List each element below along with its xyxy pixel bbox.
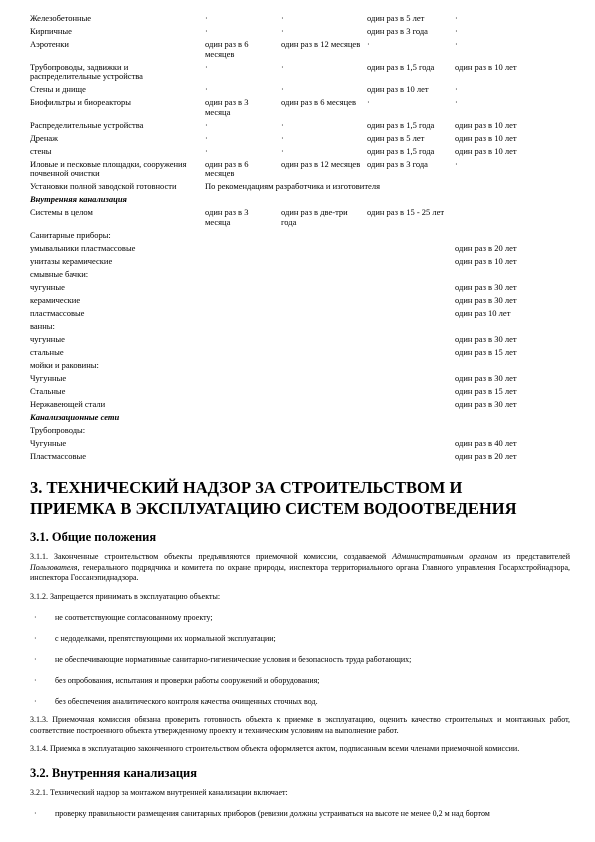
table-cell-item-name: стены [30, 147, 205, 157]
table-cell [205, 387, 281, 397]
table-row: умывальники пластмассовые один раз в 20 … [30, 244, 570, 254]
table-cell: · [281, 63, 367, 82]
list-item: ·проверку правильности размещения санита… [30, 809, 570, 819]
list-item-text: без обеспечения аналитического контроля … [55, 697, 318, 706]
table-cell [281, 296, 367, 306]
table-cell-item-name: Чугунные [30, 439, 205, 449]
table-row: пластмассовые один раз 10 лет [30, 309, 570, 319]
table-cell-item-name: умывальники пластмассовые [30, 244, 205, 254]
table-cell [367, 244, 455, 254]
table-cell [281, 361, 367, 371]
table-cell-item-name: Распределительные устройства [30, 121, 205, 131]
table-cell-item-name: Дренаж [30, 134, 205, 144]
table-cell [281, 309, 367, 319]
table-cell-item-name: Железобетонные [30, 14, 205, 24]
table-cell [455, 361, 570, 371]
table-cell: · [205, 134, 281, 144]
list-item: ·не соответствующие согласованному проек… [30, 613, 570, 623]
table-cell [281, 439, 367, 449]
table-cell: один раз в 30 лет [455, 400, 570, 410]
table-row: стены · · один раз в 1,5 года один раз в… [30, 147, 570, 157]
table-cell [455, 426, 570, 436]
table-row: Установки полной заводской готовности По… [30, 182, 570, 192]
table-cell [205, 426, 281, 436]
table-cell [367, 387, 455, 397]
table-cell-item-name: Стены и днище [30, 85, 205, 95]
table-cell [281, 257, 367, 267]
table-cell [367, 413, 455, 423]
table-cell: · [281, 14, 367, 24]
table-cell [367, 257, 455, 267]
list-item: ·без обеспечения аналитического контроля… [30, 697, 570, 707]
table-cell [205, 231, 281, 241]
table-cell: один раз в 5 лет [367, 134, 455, 144]
paragraph-3-1-1-text: , генерального подрядчика и комитета по … [30, 563, 570, 583]
table-cell [281, 270, 367, 280]
table-row: Кирпичные · · один раз в 3 года · [30, 27, 570, 37]
table-cell: один раз в 3 года [367, 160, 455, 179]
section-3-1-heading: 3.1. Общие положения [30, 531, 570, 544]
table-cell: · [455, 14, 570, 24]
table-cell: · [281, 147, 367, 157]
table-cell-item-name: смывные бачки: [30, 270, 205, 280]
list-item-text: без опробования, испытания и проверки ра… [55, 676, 320, 685]
table-cell: один раз в 3 месяца [205, 208, 281, 227]
table-cell: · [281, 27, 367, 37]
document-page: Железобетонные · · один раз в 5 лет · Ки… [0, 0, 595, 842]
paragraph-3-1-1-text: 3.1.1. Законченные строительством объект… [30, 552, 392, 561]
table-cell: · [281, 85, 367, 95]
table-cell [367, 309, 455, 319]
table-cell-item-name: Трубопроводы: [30, 426, 205, 436]
section-3-heading: 3. ТЕХНИЧЕСКИЙ НАДЗОР ЗА СТРОИТЕЛЬСТВОМ … [30, 477, 570, 519]
table-cell: один раз в 15 - 25 лет [367, 208, 455, 227]
table-row: Дренаж · · один раз в 5 лет один раз в 1… [30, 134, 570, 144]
table-cell-item-name: Трубопроводы, задвижки и распределительн… [30, 63, 205, 82]
table-cell-item-name: Санитарные приборы: [30, 231, 205, 241]
table-cell-item-name: Внутренняя канализация [30, 195, 205, 205]
table-cell [455, 322, 570, 332]
table-row: Трубопроводы: [30, 426, 570, 436]
table-cell [281, 400, 367, 410]
bullet-icon: · [34, 676, 37, 686]
table-cell-item-name: чугунные [30, 335, 205, 345]
table-cell: · [455, 160, 570, 179]
table-cell: один раз в 1,5 года [367, 147, 455, 157]
paragraph-3-1-1: 3.1.1. Законченные строительством объект… [30, 552, 570, 584]
table-row: смывные бачки: [30, 270, 570, 280]
bullet-icon: · [34, 613, 37, 623]
table-cell: один раз в 6 месяцев [281, 98, 367, 117]
list-item-text: проверку правильности размещения санитар… [55, 809, 490, 818]
table-cell: один раз в 1,5 года [367, 121, 455, 131]
table-cell [281, 244, 367, 254]
table-row: Санитарные приборы: [30, 231, 570, 241]
list-item: ·с недоделками, препятствующими их норма… [30, 634, 570, 644]
table-cell [367, 426, 455, 436]
table-cell: один раз в 20 лет [455, 452, 570, 462]
table-cell: · [455, 98, 570, 117]
table-row: Системы в целом один раз в 3 месяца один… [30, 208, 570, 227]
table-cell: · [205, 121, 281, 131]
table-cell: один раз в 3 года [367, 27, 455, 37]
paragraph-3-1-1-italic-term: Пользователя [30, 563, 77, 572]
table-cell: · [455, 27, 570, 37]
table-row: Нержавеющей стали один раз в 30 лет [30, 400, 570, 410]
table-cell: · [205, 27, 281, 37]
table-cell: один раз в 3 месяца [205, 98, 281, 117]
table-row: унитазы керамические один раз в 10 лет [30, 257, 570, 267]
table-cell [205, 452, 281, 462]
table-cell: один раз в 10 лет [367, 85, 455, 95]
table-cell: один раз в 6 месяцев [205, 40, 281, 59]
table-cell-item-name: Нержавеющей стали [30, 400, 205, 410]
table-cell [205, 374, 281, 384]
table-cell-item-name: пластмассовые [30, 309, 205, 319]
list-item-text: не обеспечивающие нормативные санитарно-… [55, 655, 411, 664]
table-cell: один раз в 1,5 года [367, 63, 455, 82]
table-cell [455, 270, 570, 280]
table-cell: один раз в 10 лет [455, 134, 570, 144]
table-cell: один раз в 12 месяцев [281, 40, 367, 59]
bullet-icon: · [34, 697, 37, 707]
table-row: мойки и раковины: [30, 361, 570, 371]
table-cell [367, 195, 455, 205]
table-row: Иловые и песковые площадки, сооружения п… [30, 160, 570, 179]
table-cell: · [205, 147, 281, 157]
table-row: чугунные один раз в 30 лет [30, 283, 570, 293]
table-cell-item-name: стальные [30, 348, 205, 358]
bullet-icon: · [34, 809, 37, 819]
table-cell: · [367, 40, 455, 59]
table-cell [367, 296, 455, 306]
table-cell [205, 309, 281, 319]
table-cell [367, 270, 455, 280]
table-cell [205, 361, 281, 371]
paragraph-3-2-1: 3.2.1. Технический надзор за монтажом вн… [30, 788, 570, 799]
table-cell [367, 231, 455, 241]
maintenance-intervals-table: Железобетонные · · один раз в 5 лет · Ки… [30, 14, 570, 461]
table-cell [205, 400, 281, 410]
table-cell [367, 400, 455, 410]
table-cell [367, 283, 455, 293]
table-cell-item-name: Иловые и песковые площадки, сооружения п… [30, 160, 205, 179]
table-row: Чугунные один раз в 40 лет [30, 439, 570, 449]
table-cell [205, 296, 281, 306]
table-row: чугунные один раз в 30 лет [30, 335, 570, 345]
section-3-heading-line2: ПРИЕМКА В ЭКСПЛУАТАЦИЮ СИСТЕМ ВОДООТВЕДЕ… [30, 499, 517, 518]
table-cell [281, 374, 367, 384]
table-cell [281, 348, 367, 358]
table-cell: один раз в 20 лет [455, 244, 570, 254]
table-cell-item-name: чугунные [30, 283, 205, 293]
list-item-text: с недоделками, препятствующими их нормал… [55, 634, 276, 643]
table-cell-item-name: Установки полной заводской готовности [30, 182, 205, 192]
section-3-heading-line1: 3. ТЕХНИЧЕСКИЙ НАДЗОР ЗА СТРОИТЕЛЬСТВОМ … [30, 478, 462, 497]
table-cell [455, 208, 570, 227]
table-cell [205, 348, 281, 358]
table-row: Чугунные один раз в 30 лет [30, 374, 570, 384]
table-cell: один раз в 30 лет [455, 296, 570, 306]
table-cell: · [205, 63, 281, 82]
table-cell: один раз в 10 лет [455, 257, 570, 267]
table-row: Железобетонные · · один раз в 5 лет · [30, 14, 570, 24]
table-cell [455, 413, 570, 423]
table-row: Пластмассовые один раз в 20 лет [30, 452, 570, 462]
table-cell: один раз в 10 лет [455, 63, 570, 82]
table-row: Аэротенки один раз в 6 месяцев один раз … [30, 40, 570, 59]
table-cell [281, 195, 367, 205]
table-cell [367, 452, 455, 462]
table-cell: один раз в 30 лет [455, 283, 570, 293]
table-cell [205, 283, 281, 293]
table-cell [205, 335, 281, 345]
table-cell [281, 413, 367, 423]
table-cell [455, 195, 570, 205]
table-cell [205, 195, 281, 205]
table-row: керамические один раз в 30 лет [30, 296, 570, 306]
table-cell-item-name: керамические [30, 296, 205, 306]
table-cell-item-name: Стальные [30, 387, 205, 397]
list-item: ·не обеспечивающие нормативные санитарно… [30, 655, 570, 665]
table-cell [281, 387, 367, 397]
table-cell [281, 322, 367, 332]
table-cell: · [455, 85, 570, 95]
table-row: Внутренняя канализация [30, 195, 570, 205]
table-cell [367, 374, 455, 384]
table-row: Стены и днище · · один раз в 10 лет · [30, 85, 570, 95]
table-cell: один раз в 30 лет [455, 374, 570, 384]
table-cell [455, 231, 570, 241]
table-row: Трубопроводы, задвижки и распределительн… [30, 63, 570, 82]
table-cell-item-name: ванны: [30, 322, 205, 332]
table-cell: один раз в 12 месяцев [281, 160, 367, 179]
table-cell: · [205, 85, 281, 95]
table-cell [281, 426, 367, 436]
table-cell: один раз в 15 лет [455, 348, 570, 358]
table-cell: один раз 10 лет [455, 309, 570, 319]
table-cell-item-name: унитазы керамические [30, 257, 205, 267]
table-cell-item-name: мойки и раковины: [30, 361, 205, 371]
table-row: Биофильтры и биореакторы один раз в 3 ме… [30, 98, 570, 117]
table-cell [367, 361, 455, 371]
table-cell: один раз в 10 лет [455, 147, 570, 157]
table-cell: · [205, 14, 281, 24]
table-cell: один раз в 40 лет [455, 439, 570, 449]
table-cell [205, 413, 281, 423]
table-cell [367, 335, 455, 345]
table-cell-item-name: Биофильтры и биореакторы [30, 98, 205, 117]
list-item-text: не соответствующие согласованному проект… [55, 613, 213, 622]
table-cell [281, 335, 367, 345]
paragraph-3-1-1-italic-term: Административным органом [392, 552, 497, 561]
list-item: ·без опробования, испытания и проверки р… [30, 676, 570, 686]
table-cell: · [367, 98, 455, 117]
table-cell [205, 270, 281, 280]
bullet-icon: · [34, 634, 37, 644]
table-row: Стальные один раз в 15 лет [30, 387, 570, 397]
table-cell [281, 452, 367, 462]
table-cell: По рекомендациям разработчика и изготови… [205, 182, 570, 192]
table-cell [281, 231, 367, 241]
table-cell: один раз в 10 лет [455, 121, 570, 131]
paragraph-3-1-3: 3.1.3. Приемочная комиссия обязана прове… [30, 715, 570, 736]
table-cell: один раз в 5 лет [367, 14, 455, 24]
paragraph-3-1-4: 3.1.4. Приемка в эксплуатацию законченно… [30, 744, 570, 755]
table-cell [367, 322, 455, 332]
table-row: Канализационные сети [30, 413, 570, 423]
section-3-2-heading: 3.2. Внутренняя канализация [30, 767, 570, 780]
table-cell: один раз в 6 месяцев [205, 160, 281, 179]
table-cell-item-name: Системы в целом [30, 208, 205, 227]
paragraph-3-1-1-text: из представителей [497, 552, 570, 561]
table-cell-item-name: Аэротенки [30, 40, 205, 59]
bullet-icon: · [34, 655, 37, 665]
paragraph-3-1-2: 3.1.2. Запрещается принимать в эксплуата… [30, 592, 570, 603]
table-cell: · [281, 134, 367, 144]
table-cell: один раз в две-три года [281, 208, 367, 227]
table-cell [205, 257, 281, 267]
table-row: Распределительные устройства · · один ра… [30, 121, 570, 131]
table-cell-item-name: Чугунные [30, 374, 205, 384]
table-cell [367, 439, 455, 449]
table-cell: · [281, 121, 367, 131]
table-row: стальные один раз в 15 лет [30, 348, 570, 358]
table-cell [367, 348, 455, 358]
table-cell [205, 439, 281, 449]
table-cell [205, 322, 281, 332]
table-cell: один раз в 30 лет [455, 335, 570, 345]
table-cell [281, 283, 367, 293]
table-cell: один раз в 15 лет [455, 387, 570, 397]
table-cell-item-name: Кирпичные [30, 27, 205, 37]
table-cell-item-name: Канализационные сети [30, 413, 205, 423]
table-row: ванны: [30, 322, 570, 332]
table-cell [205, 244, 281, 254]
table-cell-item-name: Пластмассовые [30, 452, 205, 462]
table-cell: · [455, 40, 570, 59]
